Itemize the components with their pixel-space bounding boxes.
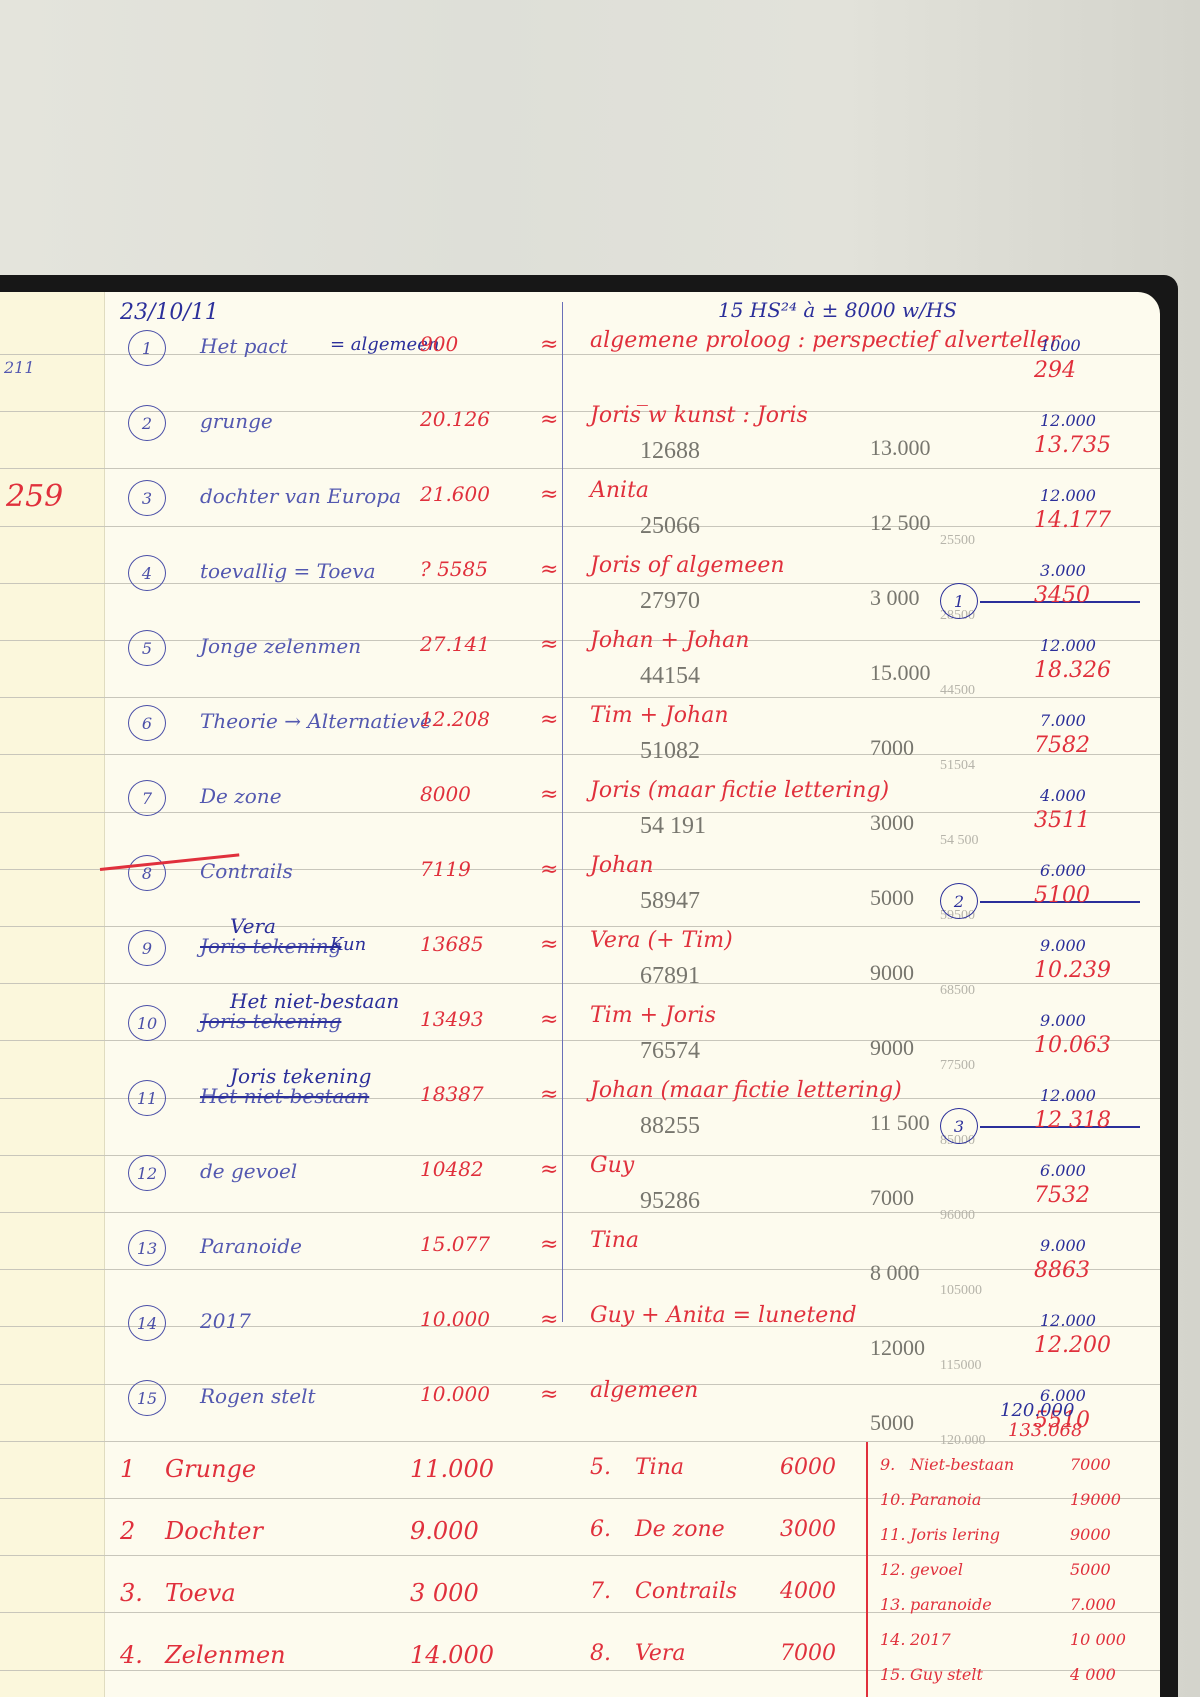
ruled-line: [0, 1040, 1160, 1041]
entry-title: dochter van Europa: [200, 486, 401, 506]
entry-assignee: Tina: [590, 1230, 639, 1252]
ruled-line: [0, 869, 1160, 870]
entry-approx-sign: ≈: [540, 709, 558, 731]
pencil-cumulative: 67891: [640, 964, 700, 988]
red-total: 133.068: [1008, 1422, 1082, 1440]
red-actual: 10.063: [1034, 1035, 1111, 1057]
summary-item-name: gevoel: [910, 1562, 963, 1578]
entry-number-circle: 8: [128, 855, 166, 891]
summary-item-amount: 4000: [780, 1581, 836, 1603]
pencil-cumulative: 58947: [640, 889, 700, 913]
date: 23/10/11: [120, 302, 219, 324]
entry-number-circle: 2: [128, 405, 166, 441]
entry-number-circle: 7: [128, 780, 166, 816]
pencil-allocation: 12000: [870, 1337, 925, 1359]
red-actual: 12.200: [1034, 1335, 1111, 1357]
entry-assignee: Johan: [590, 855, 654, 877]
red-actual: 7582: [1034, 735, 1090, 757]
entry-approx-sign: ≈: [540, 1009, 558, 1031]
ruled-line: [0, 1384, 1160, 1385]
blue-budget: 12.000: [1040, 1313, 1096, 1329]
summary-item-name: Vera: [635, 1643, 686, 1665]
entry-assignee: algemene proloog : perspectief alvertell…: [590, 330, 1060, 352]
pencil-subtotal: 96000: [940, 1209, 975, 1223]
summary-item-amount: 7.000: [1070, 1597, 1116, 1613]
entry-title: Joris tekening: [200, 936, 341, 956]
summary-item-number: 8.: [590, 1643, 611, 1665]
entry-title: Het niet-bestaan: [200, 1086, 369, 1106]
summary-item-number: 4.: [120, 1643, 143, 1667]
entry-title: 2017: [200, 1311, 251, 1331]
summary-item-amount: 9.000: [410, 1519, 479, 1543]
entry-amount: 8000: [420, 784, 471, 804]
entry-number-circle: 11: [128, 1080, 166, 1116]
blue-budget: 9.000: [1040, 938, 1086, 954]
blue-total: 120.000: [1000, 1402, 1074, 1420]
ruled-line: [0, 983, 1160, 984]
summary-item-name: Grunge: [165, 1457, 256, 1481]
ruled-line: [0, 926, 1160, 927]
summary-item-number: 12.: [880, 1562, 905, 1578]
entry-assignee: Vera (+ Tim): [590, 930, 733, 952]
summary-item-number: 6.: [590, 1519, 611, 1541]
summary-item-number: 1: [120, 1457, 135, 1481]
summary-item-name: Guy stelt: [910, 1667, 983, 1683]
red-actual: 13.735: [1034, 435, 1111, 457]
summary-item-amount: 7000: [780, 1643, 836, 1665]
pencil-allocation: 3 000: [870, 587, 920, 609]
entry-assignee: Anita: [590, 480, 649, 502]
blue-budget: 3.000: [1040, 563, 1086, 579]
ruled-line: [0, 526, 1160, 527]
blue-mark-circle: 1: [940, 583, 978, 619]
summary-item-name: Dochter: [165, 1519, 263, 1543]
entry-approx-sign: ≈: [540, 1159, 558, 1181]
red-actual: 18.326: [1034, 660, 1111, 682]
entry-amount: 20.126: [420, 409, 490, 429]
entry-title: Paranoide: [200, 1236, 302, 1256]
entry-approx-sign: ≈: [540, 784, 558, 806]
entry-approx-sign: ≈: [540, 559, 558, 581]
entry-number-circle: 9: [128, 930, 166, 966]
ruled-line: [0, 640, 1160, 641]
summary-item-amount: 5000: [1070, 1562, 1111, 1578]
entry-title-override: Joris tekening: [230, 1066, 371, 1086]
summary-item-number: 5.: [590, 1457, 611, 1479]
margin-year-fragment: 211: [4, 360, 35, 376]
summary-item-amount: 9000: [1070, 1527, 1111, 1543]
ruled-line: [0, 812, 1160, 813]
pencil-allocation: 15.000: [870, 662, 931, 684]
pencil-cumulative: 95286: [640, 1189, 700, 1213]
ruled-line: [0, 411, 1160, 412]
entry-title: Jonge zelenmen: [200, 636, 361, 656]
entry-number-circle: 10: [128, 1005, 166, 1041]
entry-title: Contrails: [200, 861, 293, 881]
entry-assignee: Guy + Anita = lunetend: [590, 1305, 857, 1327]
entry-approx-sign: ≈: [540, 409, 558, 431]
entry-assignee: Joris ̅w kunst : Joris: [590, 405, 808, 427]
pencil-cumulative: 88255: [640, 1114, 700, 1138]
summary-item-amount: 19000: [1070, 1492, 1121, 1508]
entry-amount: 10482: [420, 1159, 484, 1179]
entry-title: toevallig = Toeva: [200, 561, 376, 581]
pencil-allocation: 5000: [870, 1412, 914, 1434]
summary-item-number: 15.: [880, 1667, 905, 1683]
pencil-cumulative: 54 191: [640, 814, 706, 838]
entry-amount: 10.000: [420, 1384, 490, 1404]
pencil-subtotal: 120.000: [940, 1434, 986, 1448]
entry-amount: 10.000: [420, 1309, 490, 1329]
pencil-cumulative: 27970: [640, 589, 700, 613]
entry-approx-sign: ≈: [540, 334, 558, 356]
summary-item-amount: 3 000: [410, 1581, 479, 1605]
entry-amount: 12.208: [420, 709, 490, 729]
summary-item-amount: 3000: [780, 1519, 836, 1541]
blue-budget: 12.000: [1040, 638, 1096, 654]
entry-amount: ? 5585: [420, 559, 488, 579]
summary-item-name: Tina: [635, 1457, 684, 1479]
ruled-line: [0, 354, 1160, 355]
entry-assignee: Tim + Joris: [590, 1005, 716, 1027]
ruled-line: [0, 697, 1160, 698]
summary-item-name: paranoide: [910, 1597, 992, 1613]
pencil-subtotal: 25500: [940, 534, 975, 548]
red-actual: 10.239: [1034, 960, 1111, 982]
entry-title: Joris tekening: [200, 1011, 341, 1031]
ruled-line: [0, 1155, 1160, 1156]
entry-assignee: Joris (maar fictie lettering): [590, 780, 889, 802]
entry-title: grunge: [200, 411, 273, 431]
entry-number-circle: 4: [128, 555, 166, 591]
blue-budget: 1000: [1040, 338, 1081, 354]
summary-item-amount: 11.000: [410, 1457, 494, 1481]
pencil-allocation: 13.000: [870, 437, 931, 459]
summary-item-number: 3.: [120, 1581, 143, 1605]
summary-item-number: 2: [120, 1519, 135, 1543]
entry-amount: 21.600: [420, 484, 490, 504]
summary-item-number: 11.: [880, 1527, 905, 1543]
entry-number-circle: 1: [128, 330, 166, 366]
blue-budget: 9.000: [1040, 1013, 1086, 1029]
summary-item-name: Paranoia: [910, 1492, 981, 1508]
red-actual: 3511: [1034, 810, 1090, 832]
entry-number-circle: 13: [128, 1230, 166, 1266]
pencil-subtotal: 54 500: [940, 834, 979, 848]
column-divider: [562, 302, 563, 1322]
entry-title: de gevoel: [200, 1161, 297, 1181]
ruled-line: [0, 1498, 1160, 1499]
entry-number-circle: 6: [128, 705, 166, 741]
summary-item-amount: 14.000: [410, 1643, 494, 1667]
summary-item-number: 9.: [880, 1457, 895, 1473]
entry-amount: 900: [420, 334, 458, 354]
entry-assignee: algemeen: [590, 1380, 698, 1402]
entry-amount: 18387: [420, 1084, 484, 1104]
entry-title: Het pact: [200, 336, 288, 356]
pencil-allocation: 11 500: [870, 1112, 930, 1134]
blue-mark-circle: 2: [940, 883, 978, 919]
summary-item-name: De zone: [635, 1519, 725, 1541]
ruled-line: [0, 1555, 1160, 1556]
ruled-line: [0, 754, 1160, 755]
summary-item-name: Toeva: [165, 1581, 236, 1605]
pencil-subtotal: 51504: [940, 759, 975, 773]
summary-item-number: 13.: [880, 1597, 905, 1613]
entry-approx-sign: ≈: [540, 1084, 558, 1106]
ruled-line: [0, 1269, 1160, 1270]
pencil-allocation: 12 500: [870, 512, 931, 534]
blue-budget: 12.000: [1040, 413, 1096, 429]
red-actual: 12 318: [1034, 1110, 1111, 1132]
summary-item-amount: 10 000: [1070, 1632, 1126, 1648]
blue-budget: 12.000: [1040, 1088, 1096, 1104]
entry-approx-sign: ≈: [540, 634, 558, 656]
entry-number-circle: 3: [128, 480, 166, 516]
pencil-subtotal: 105000: [940, 1284, 982, 1298]
ruled-line: [0, 583, 1160, 584]
entry-approx-sign: ≈: [540, 859, 558, 881]
pencil-cumulative: 44154: [640, 664, 700, 688]
entry-approx-sign: ≈: [540, 484, 558, 506]
ruled-line: [0, 1098, 1160, 1099]
summary-item-name: Niet-bestaan: [910, 1457, 1014, 1473]
entry-number-circle: 5: [128, 630, 166, 666]
notebook-page: 259 211 23/10/11 15 HS²⁴ à ± 8000 w/HS 1…: [0, 292, 1160, 1697]
red-actual: 7532: [1034, 1185, 1090, 1207]
entry-title: De zone: [200, 786, 282, 806]
red-actual: 3450: [1034, 585, 1090, 607]
entry-assignee: Tim + Johan: [590, 705, 729, 727]
ruled-line: [0, 1441, 1160, 1442]
blue-budget: 9.000: [1040, 1238, 1086, 1254]
entry-assignee: Johan (maar fictie lettering): [590, 1080, 902, 1102]
pencil-subtotal: 77500: [940, 1059, 975, 1073]
pencil-subtotal: 44500: [940, 684, 975, 698]
pencil-allocation: 7000: [870, 737, 914, 759]
pencil-cumulative: 25066: [640, 514, 700, 538]
entry-amount: 13493: [420, 1009, 484, 1029]
entry-number-circle: 14: [128, 1305, 166, 1341]
summary-item-number: 10.: [880, 1492, 905, 1508]
entry-amount: 27.141: [420, 634, 490, 654]
ruled-line: [0, 1670, 1160, 1671]
pencil-allocation: 8 000: [870, 1262, 920, 1284]
summary-item-number: 14.: [880, 1632, 905, 1648]
summary-divider: [866, 1442, 868, 1697]
pencil-subtotal: 115000: [940, 1359, 981, 1373]
red-actual: 5100: [1034, 885, 1090, 907]
summary-item-amount: 6000: [780, 1457, 836, 1479]
summary-item-amount: 7000: [1070, 1457, 1111, 1473]
entry-title: Theorie → Alternatieve: [200, 711, 432, 731]
entry-number-circle: 12: [128, 1155, 166, 1191]
entry-approx-sign: ≈: [540, 934, 558, 956]
ruled-line: [0, 468, 1160, 469]
blue-budget: 6.000: [1040, 863, 1086, 879]
pencil-allocation: 9000: [870, 962, 914, 984]
left-page-edge: 259 211: [0, 292, 105, 1697]
summary-item-number: 7.: [590, 1581, 611, 1603]
red-actual: 8863: [1034, 1260, 1090, 1282]
pencil-allocation: 7000: [870, 1187, 914, 1209]
entry-number-circle: 15: [128, 1380, 166, 1416]
entry-amount: 7119: [420, 859, 471, 879]
entry-amount: 15.077: [420, 1234, 490, 1254]
entry-title-extra: Kun: [330, 936, 366, 954]
ruled-line: [0, 1326, 1160, 1327]
pencil-cumulative: 76574: [640, 1039, 700, 1063]
entry-assignee: Joris of algemeen: [590, 555, 785, 577]
ruled-line: [0, 1212, 1160, 1213]
entry-title-override: Vera: [230, 916, 276, 936]
summary-item-name: Zelenmen: [165, 1643, 286, 1667]
entry-title-override: Het niet-bestaan: [230, 991, 399, 1011]
header-note: 15 HS²⁴ à ± 8000 w/HS: [718, 300, 957, 320]
blue-budget: 6.000: [1040, 1163, 1086, 1179]
pencil-allocation: 3000: [870, 812, 914, 834]
margin-page-number: 259: [6, 482, 63, 512]
pencil-cumulative: 12688: [640, 439, 700, 463]
blue-mark-circle: 3: [940, 1108, 978, 1144]
pencil-subtotal: 68500: [940, 984, 975, 998]
blue-budget: 4.000: [1040, 788, 1086, 804]
entry-approx-sign: ≈: [540, 1234, 558, 1256]
summary-item-name: Contrails: [635, 1581, 737, 1603]
entry-approx-sign: ≈: [540, 1384, 558, 1406]
entry-amount: 13685: [420, 934, 484, 954]
pencil-allocation: 5000: [870, 887, 914, 909]
red-actual: 294: [1034, 360, 1076, 382]
blue-budget: 12.000: [1040, 488, 1096, 504]
summary-item-amount: 4 000: [1070, 1667, 1116, 1683]
entry-assignee: Johan + Johan: [590, 630, 749, 652]
summary-item-name: Joris lering: [910, 1527, 1000, 1543]
summary-item-name: 2017: [910, 1632, 951, 1648]
pencil-allocation: 9000: [870, 1037, 914, 1059]
entry-assignee: Guy: [590, 1155, 634, 1177]
red-actual: 14.177: [1034, 510, 1111, 532]
entry-title: Rogen stelt: [200, 1386, 316, 1406]
entry-approx-sign: ≈: [540, 1309, 558, 1331]
pencil-cumulative: 51082: [640, 739, 700, 763]
blue-budget: 7.000: [1040, 713, 1086, 729]
